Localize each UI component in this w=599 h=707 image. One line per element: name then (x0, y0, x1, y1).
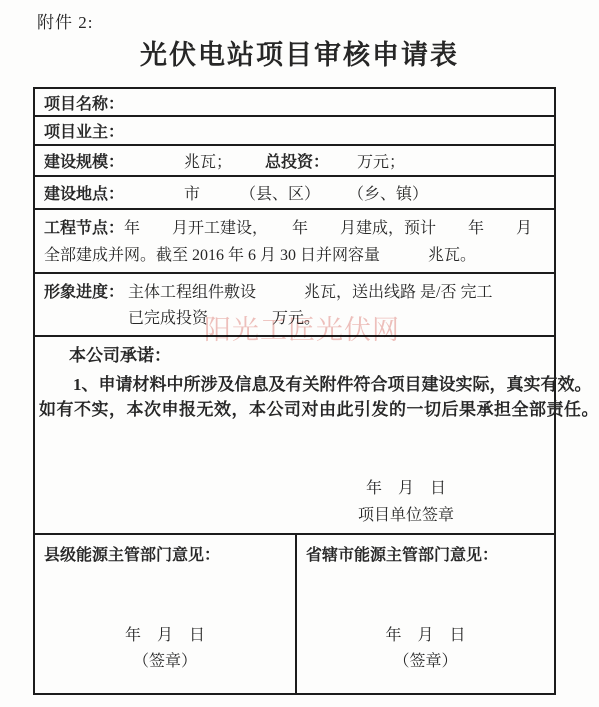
milestone-line-1: 工程节点：年 月开工建设， 年 月建成，预计 年 月 (44, 215, 545, 242)
commitment-heading: 本公司承诺： (39, 343, 550, 369)
row-authority-opinions: 县级能源主管部门意见： 年 月 日 （签章） 省辖市能源主管部门意见： 年 月 … (35, 535, 554, 693)
total-investment-label: 总投资： (265, 149, 329, 172)
county-opinion-title: 县级能源主管部门意见： (44, 542, 287, 565)
milestone-line-1-text: 年 月开工建设， 年 月建成，预计 年 月 (124, 220, 532, 237)
city-opinion-seal: （签章） (297, 649, 554, 675)
construction-location-label: 建设地点： (44, 181, 124, 204)
project-owner-label: 项目业主： (44, 119, 124, 142)
commitment-line-2: 如有不实，本次申报无效，本公司对由此引发的一切后果承担全部责任。 (39, 397, 550, 422)
milestone-label: 工程节点： (44, 220, 124, 237)
signature-caption: 项目单位签章 (358, 502, 454, 529)
city-opinion-date: 年 月 日 (297, 623, 554, 649)
row-project-milestones: 工程节点：年 月开工建设， 年 月建成，预计 年 月 全部建成并网。截至 201… (35, 210, 554, 274)
row-physical-progress: 形象进度： 主体工程组件敷设 兆瓦，送出线路 是/否 完工 已完成投资 万元。 (35, 274, 554, 337)
county-opinion-seal: （签章） (35, 649, 295, 675)
project-unit-signature-block: 年 月 日 项目单位签章 (358, 475, 454, 529)
megawatt-unit: 兆瓦； (184, 149, 232, 172)
form-table: 项目名称： 项目业主： 建设规模： 兆瓦； 总投资： 万元； 建设地点： 市 （… (33, 87, 556, 695)
county-opinion-cell: 县级能源主管部门意见： 年 月 日 （签章） (35, 535, 297, 693)
location-city: 市 (184, 181, 200, 204)
commitment-body: 1、申请材料中所涉及信息及有关附件符合项目建设实际，真实有效。 如有不实，本次申… (39, 372, 550, 422)
city-opinion-signature: 年 月 日 （签章） (297, 623, 554, 675)
city-opinion-title: 省辖市能源主管部门意见： (306, 542, 546, 565)
progress-label: 形象进度： (44, 280, 124, 306)
investment-unit: 万元； (357, 149, 405, 172)
attachment-label: 附件 2: (37, 8, 93, 33)
location-town: （乡、镇） (348, 181, 428, 204)
city-opinion-cell: 省辖市能源主管部门意见： 年 月 日 （签章） (297, 535, 554, 693)
county-opinion-signature: 年 月 日 （签章） (35, 623, 295, 675)
county-opinion-date: 年 月 日 (35, 623, 295, 649)
row-construction-location: 建设地点： 市 （县、区） （乡、镇） (35, 177, 554, 210)
row-project-owner: 项目业主： (35, 117, 554, 146)
progress-line-2: 已完成投资 万元。 (128, 306, 545, 332)
project-name-label: 项目名称： (44, 91, 124, 114)
commitment-line-1: 1、申请材料中所涉及信息及有关附件符合项目建设实际，真实有效。 (39, 372, 550, 397)
page-title: 光伏电站项目审核申请表 (0, 33, 599, 72)
row-construction-scale: 建设规模： 兆瓦； 总投资： 万元； (35, 146, 554, 177)
progress-line-1: 主体工程组件敷设 兆瓦，送出线路 是/否 完工 (128, 280, 545, 306)
location-county: （县、区） (240, 181, 320, 204)
construction-scale-label: 建设规模： (44, 149, 124, 172)
milestone-line-2: 全部建成并网。截至 2016 年 6 月 30 日并网容量 兆瓦。 (44, 242, 545, 269)
row-project-name: 项目名称： (35, 89, 554, 117)
row-company-commitment: 本公司承诺： 1、申请材料中所涉及信息及有关附件符合项目建设实际，真实有效。 如… (35, 337, 554, 535)
signature-date: 年 月 日 (358, 475, 454, 502)
